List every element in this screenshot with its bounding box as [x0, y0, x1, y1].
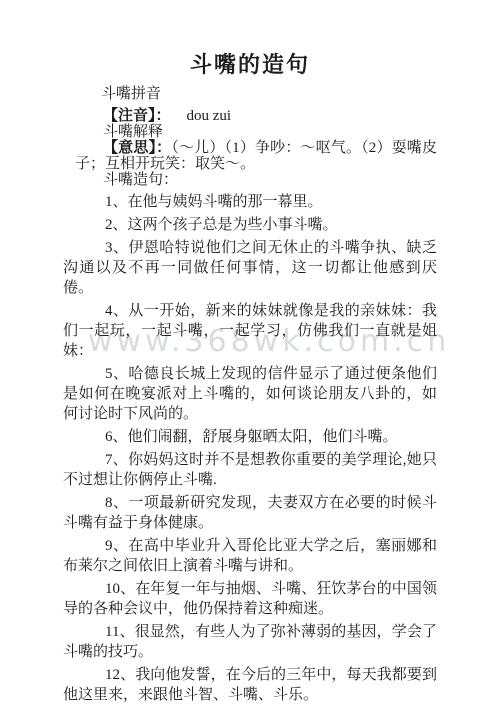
definition-section: 斗嘴拼音 【注音】：dou zui 斗嘴解释 【意思】：（～儿）（1）争吵：～呕…	[63, 86, 437, 188]
document-page: www.368wk.com.cn 斗嘴的造句 斗嘴拼音 【注音】：dou zui…	[0, 0, 500, 708]
sentence-text: 在他与姨妈斗嘴的那一幕里。	[128, 194, 323, 210]
sentence-item: 12、我向他发誓，在今后的三年中，每天我都要到他这里来，来跟他斗智、斗嘴、斗乐。	[63, 665, 437, 705]
meaning-tag: 【意思】：	[103, 140, 171, 156]
sentence-number: 6、	[105, 429, 128, 445]
sentence-text: 他们闹翻，舒展身躯晒太阳，他们斗嘴。	[128, 429, 398, 445]
sentence-list: 1、在他与姨妈斗嘴的那一幕里。 2、这两个孩子总是为些小事斗嘴。 3、伊恩哈特说…	[63, 192, 437, 705]
sentence-number: 2、	[105, 217, 128, 233]
meaning-paragraph: 【意思】：（～儿）（1）争吵：～呕气。（2）耍嘴皮子；互相开玩笑：取笑～。	[75, 140, 437, 172]
sentence-item: 8、一项最新研究发现，夫妻双方在必要的时候斗斗嘴有益于身体健康。	[63, 493, 437, 533]
zhuyin-tag: 【注音】：	[103, 108, 171, 124]
document-content: 斗嘴的造句 斗嘴拼音 【注音】：dou zui 斗嘴解释 【意思】：（～儿）（1…	[0, 0, 500, 705]
sentence-number: 4、	[105, 303, 128, 319]
sentence-item: 7、你妈妈这时并不是想教你重要的美学理论,她只不过想让你俩停止斗嘴.	[63, 450, 437, 490]
page-title: 斗嘴的造句	[63, 50, 437, 80]
sentence-number: 1、	[105, 194, 128, 210]
pinyin-label: 斗嘴拼音	[63, 86, 437, 102]
sentence-item: 10、在年复一年与抽烟、斗嘴、狂饮茅台的中国领导的各种会议中，他仍保持着这种痴迷…	[63, 579, 437, 619]
sentence-number: 10、	[105, 581, 135, 597]
sentence-item: 11、很显然，有些人为了弥补薄弱的基因，学会了斗嘴的技巧。	[63, 622, 437, 662]
sentence-number: 3、	[105, 240, 128, 256]
sentence-number: 11、	[105, 624, 135, 640]
sentence-number: 9、	[105, 538, 128, 554]
sentence-item: 1、在他与姨妈斗嘴的那一幕里。	[63, 192, 437, 212]
zhuyin-line: 【注音】：dou zui	[63, 108, 437, 124]
sentence-item: 3、伊恩哈特说他们之间无休止的斗嘴争执、缺乏沟通以及不再一同做任何事情，这一切都…	[63, 238, 437, 298]
sentence-number: 7、	[105, 452, 128, 468]
sentence-number: 8、	[105, 495, 128, 511]
sentence-item: 4、从一开始，新来的妹妹就像是我的亲妹妹：我们一起玩，一起斗嘴，一起学习，仿佛我…	[63, 301, 437, 361]
zhuyin-value: dou zui	[187, 108, 232, 124]
sentence-number: 12、	[105, 667, 135, 683]
sentence-item: 2、这两个孩子总是为些小事斗嘴。	[63, 215, 437, 235]
sentence-text: 这两个孩子总是为些小事斗嘴。	[128, 217, 338, 233]
sentence-item: 9、在高中毕业升入哥伦比亚大学之后，塞丽娜和布莱尔之间依旧上演着斗嘴与讲和。	[63, 536, 437, 576]
sentence-item: 5、哈德良长城上发现的信件显示了通过便条他们是如何在晚宴派对上斗嘴的，如何谈论朋…	[63, 364, 437, 424]
sentence-number: 5、	[105, 366, 128, 382]
sentence-item: 6、他们闹翻，舒展身躯晒太阳，他们斗嘴。	[63, 427, 437, 447]
zaoju-label: 斗嘴造句：	[63, 172, 437, 188]
explain-label: 斗嘴解释	[63, 124, 437, 140]
